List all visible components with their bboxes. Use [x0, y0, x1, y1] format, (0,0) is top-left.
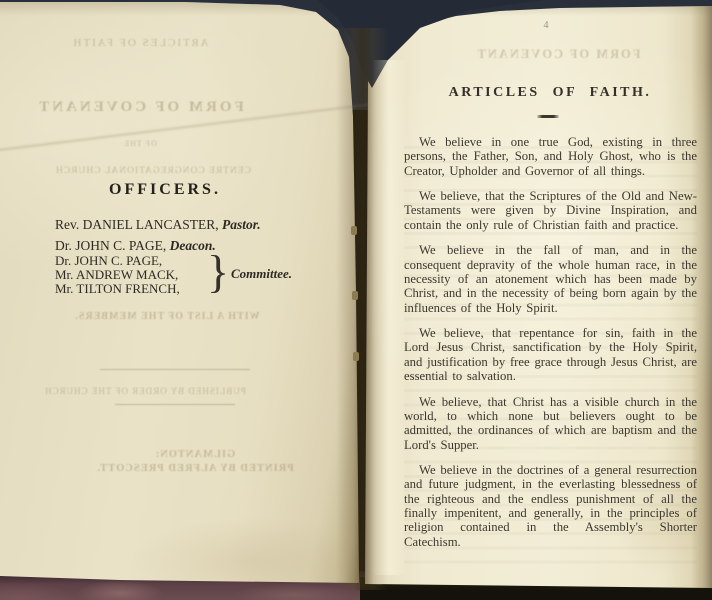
article-paragraph: We believe, that Christ has a visible ch…: [404, 395, 697, 452]
article-paragraph: We believe in the fall of man, and in th…: [404, 243, 697, 314]
committee-member: Mr. ANDREW MACK,: [55, 268, 180, 282]
article-paragraph: We believe in one true God, existing in …: [404, 135, 697, 178]
bleedthrough-rule: [100, 369, 250, 370]
bleedthrough-line: PUBLISHED BY ORDER OF THE CHURCH: [0, 386, 305, 396]
committee-names: Dr. JOHN C. PAGE, Mr. ANDREW MACK, Mr. T…: [55, 254, 180, 296]
article-paragraph: We believe in the doctrines of a general…: [404, 463, 697, 549]
bleedthrough-line: GILMANTON:: [35, 449, 355, 460]
bleedthrough-line: CENTRE CONGREGATIONAL CHURCH: [0, 166, 318, 176]
bleedthrough-rule: [115, 404, 235, 405]
pastor-entry: Rev. DANIEL LANCASTER, Pastor.: [55, 217, 261, 233]
committee-member: Dr. JOHN C. PAGE,: [55, 254, 180, 268]
committee-member: Mr. TILTON FRENCH,: [55, 282, 180, 296]
deacon-entry: Dr. JOHN C. PAGE, Deacon.: [55, 238, 216, 254]
scanned-book-photo: ARTICLES OF FAITH FORM OF COVENANT OF TH…: [0, 0, 712, 600]
bleedthrough-line: OF THE: [0, 139, 300, 148]
article-paragraph: We believe, that the Scriptures of the O…: [404, 189, 697, 232]
committee-brace: }: [207, 249, 229, 295]
pastor-name: Rev. DANIEL LANCASTER,: [55, 217, 219, 232]
binding-stitch: [352, 291, 358, 300]
bleedthrough-line: WITH A LIST OF THE MEMBERS.: [7, 311, 327, 322]
binding-stitch: [353, 352, 359, 361]
deacon-name: Dr. JOHN C. PAGE,: [55, 238, 166, 253]
articles-text-block: We believe in one true God, existing in …: [404, 135, 697, 560]
binding-stitch: [351, 226, 357, 235]
heading-divider-rule: [537, 115, 559, 118]
bleedthrough-line: FORM OF COVENANT: [408, 47, 708, 62]
bleedthrough-line: PRINTED BY ALFRED PRESCOTT.: [35, 463, 355, 474]
officers-heading: OFFICERS.: [0, 181, 330, 199]
articles-of-faith-heading: ARTICLES OF FAITH.: [404, 85, 696, 101]
page-number: 4: [536, 20, 556, 31]
article-paragraph: We believe, that repentance for sin, fai…: [404, 326, 697, 383]
pastor-role: Pastor.: [222, 217, 261, 232]
bleedthrough-line: FORM OF COVENANT: [0, 99, 305, 116]
committee-role: Committee.: [231, 266, 292, 282]
bleedthrough-line: ARTICLES OF FAITH: [0, 37, 300, 49]
